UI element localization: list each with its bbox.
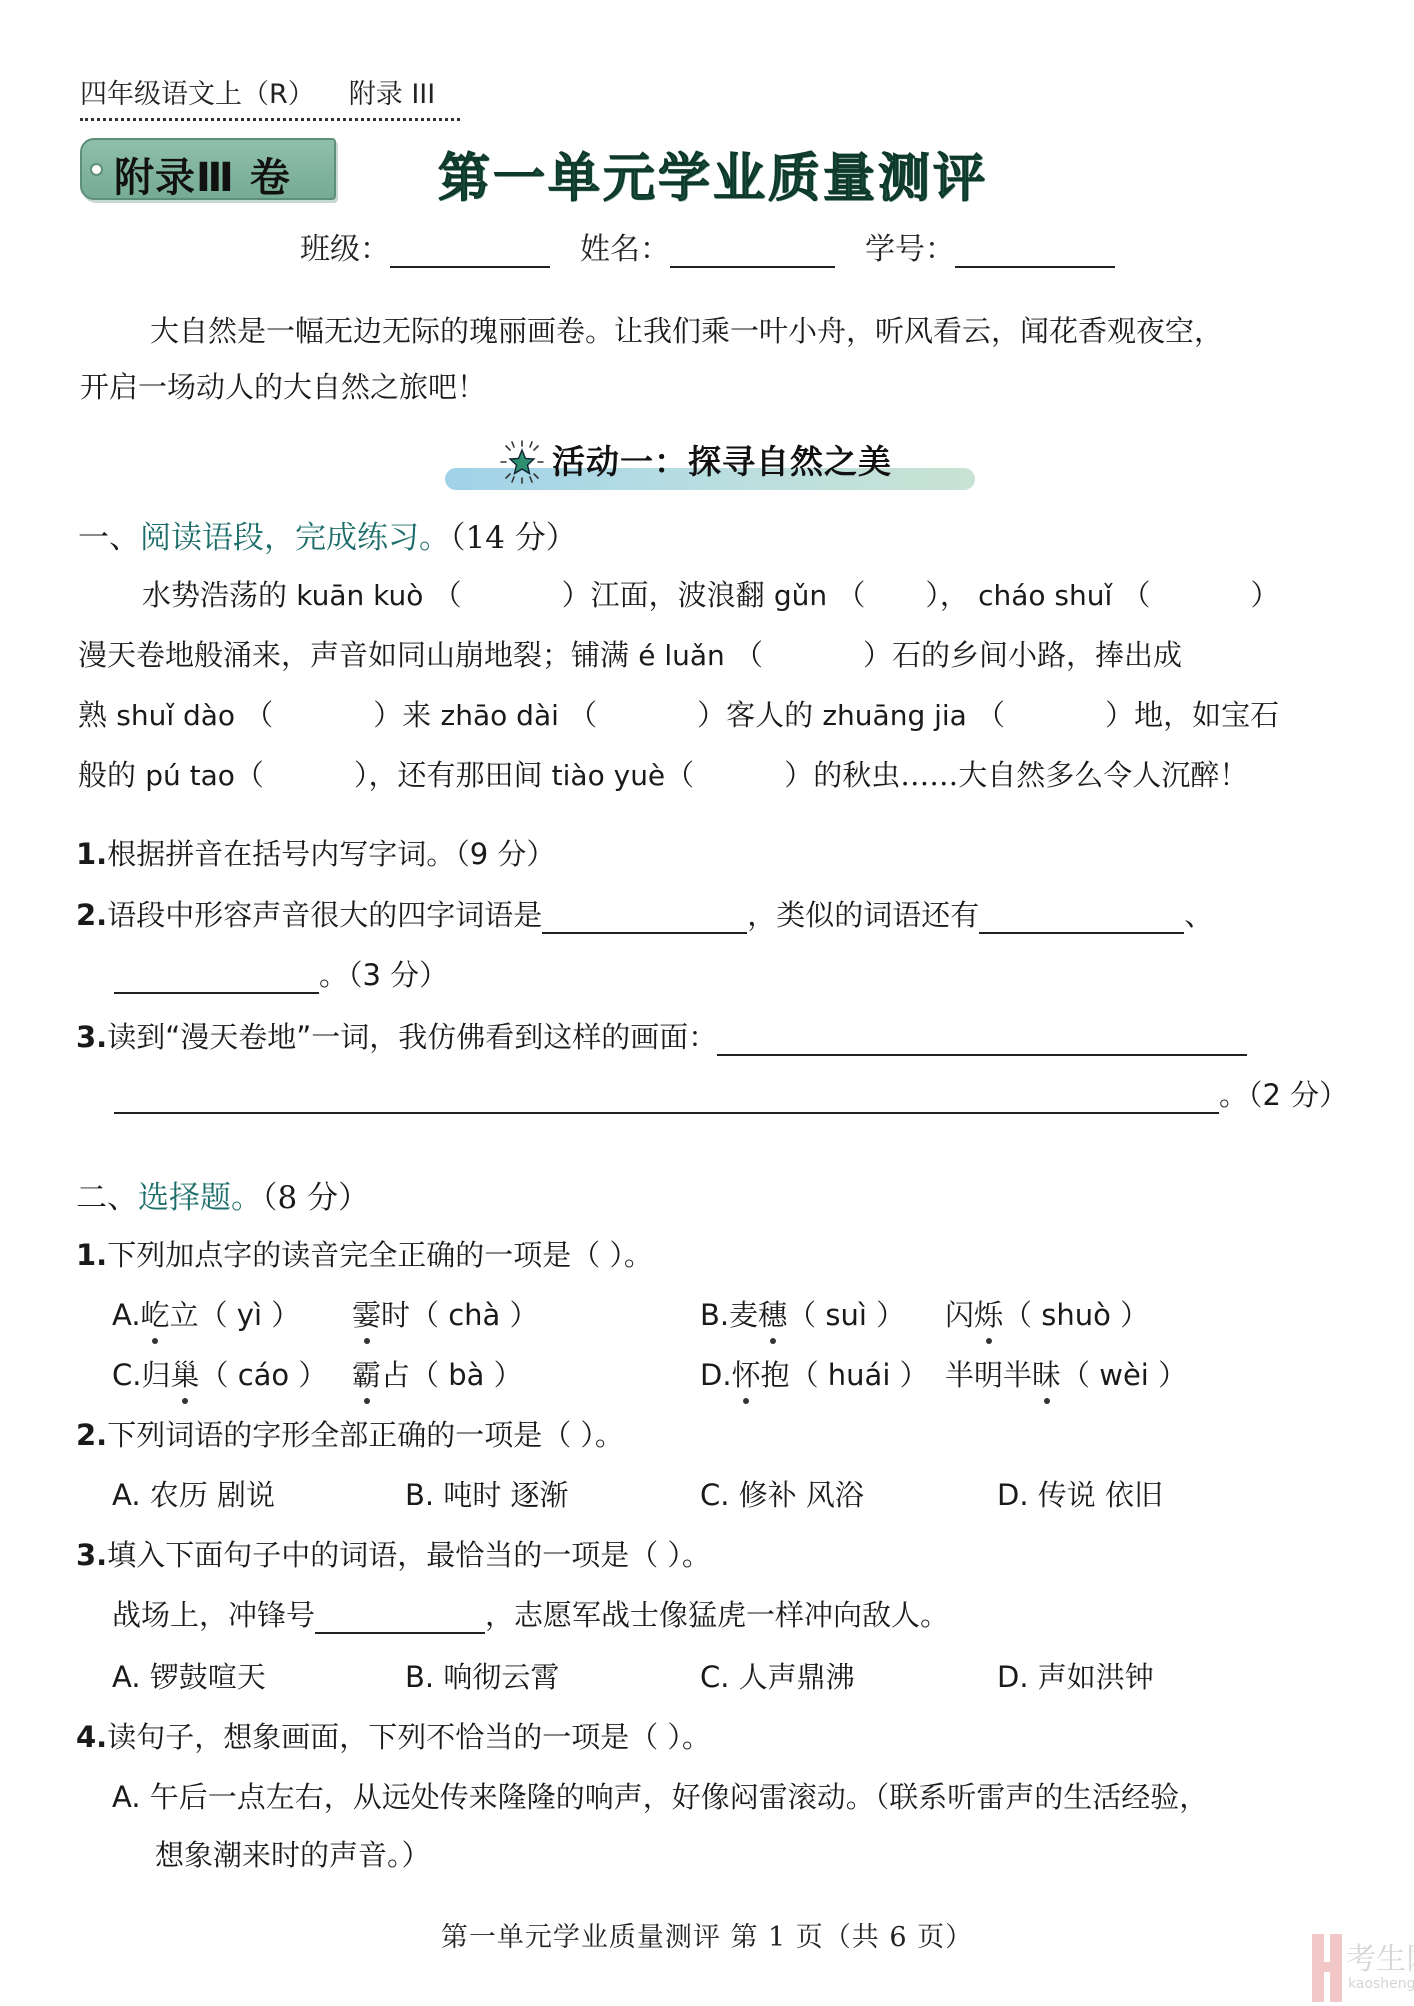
pinyin-putao: pú tao: [145, 759, 235, 792]
s2q2-option-c[interactable]: C. 修补 风浴: [700, 1473, 864, 1514]
pinyin-eluan: é luǎn: [638, 639, 725, 672]
pinyin-gun: gǔn: [774, 579, 827, 612]
section-2-heading: 二、选择题。（8 分）: [76, 1172, 369, 1217]
appendix-label: 附录 III: [349, 79, 435, 110]
section-2-question-2: 2.下列词语的字形全部正确的一项是（ ）。: [76, 1413, 624, 1454]
page-title: 第一单元学业质量测评: [438, 136, 988, 211]
answer-line-q3-a[interactable]: [717, 1026, 1247, 1056]
s2q1-option-c[interactable]: C.归巢（ cáo ）: [112, 1353, 327, 1394]
s2q3-option-c[interactable]: C. 人声鼎沸: [700, 1655, 855, 1696]
section-1-title: 阅读语段，完成练习。: [140, 520, 450, 556]
pinyin-zhuangjia: zhuāng jia: [822, 699, 966, 732]
intro-line-1: 大自然是一幅无边无际的瑰丽画卷。让我们乘一叶小舟，听风看云，闻花香观夜空，: [80, 304, 1350, 358]
s2q3-sentence: 战场上，冲锋号，志愿军战士像猛虎一样冲向敌人。: [112, 1593, 949, 1634]
answer-line-s2q3[interactable]: [315, 1604, 485, 1634]
section-2-prefix: 二、: [76, 1180, 138, 1216]
pinyin-chaoshui: cháo shuǐ: [978, 579, 1112, 612]
section-1-question-3: 3.读到“漫天卷地”一词，我仿佛看到这样的画面：: [76, 1015, 1247, 1056]
watermark-name: 考生网: [1346, 1934, 1414, 1978]
s2q4-option-a[interactable]: A. 午后一点左右，从远处传来隆隆的响声，好像闷雷滚动。（联系听雷声的生活经验，: [112, 1775, 1208, 1816]
page-footer: 第一单元学业质量测评 第 1 页（共 6 页）: [0, 1915, 1414, 1954]
watermark-url: kaosheng.com: [1348, 1976, 1414, 1992]
intro-line-2: 开启一场动人的大自然之旅吧！: [80, 360, 1350, 414]
s2q1-option-c-word2: 霸占（ bà ）: [352, 1353, 523, 1394]
student-id-input-line[interactable]: [955, 240, 1115, 268]
s2q2-option-b[interactable]: B. 吨时 逐渐: [405, 1473, 569, 1514]
student-id-label: 学号：: [865, 232, 955, 267]
star-icon: [500, 440, 544, 484]
section-1-score: （14 分）: [450, 520, 577, 556]
s2q1-option-d-word2: 半明半昧（ wèi ）: [945, 1353, 1187, 1394]
pinyin-shuidao: shuǐ dào: [116, 699, 235, 732]
s2q3-option-d[interactable]: D. 声如洪钟: [997, 1655, 1154, 1696]
section-2-question-1: 1.下列加点字的读音完全正确的一项是（ ）。: [76, 1233, 653, 1274]
section-1-question-3-cont: 。（2 分）: [114, 1073, 1348, 1114]
section-2-question-4: 4.读句子，想象画面，下列不恰当的一项是（ ）。: [76, 1715, 711, 1756]
class-label: 班级：: [300, 232, 390, 267]
s2q1-option-b[interactable]: B.麦穗（ suì ）: [700, 1293, 905, 1334]
passage-line-3: 熟 shuǐ dào （）来 zhāo dài （）客人的 zhuāng jia…: [78, 693, 1279, 734]
name-input-line[interactable]: [670, 240, 835, 268]
section-1-question-1: 1.根据拼音在括号内写字词。（9 分）: [76, 832, 555, 873]
section-2-score: （8 分）: [262, 1180, 369, 1216]
answer-line-q2-c[interactable]: [114, 964, 319, 994]
appendix-tag: 附录Ⅲ 卷: [80, 138, 336, 200]
answer-line-q2-a[interactable]: [542, 904, 747, 934]
passage-line-1: 水势浩荡的 kuān kuò （）江面，波浪翻 gǔn （）， cháo shu…: [142, 573, 1280, 614]
passage-line-2: 漫天卷地般涌来，声音如同山崩地裂；铺满 é luǎn （）石的乡间小路，捧出成: [78, 633, 1182, 674]
section-1-question-2-cont: 。（3 分）: [114, 953, 448, 994]
student-id-field[interactable]: 学号：: [865, 224, 1115, 268]
section-2-title: 选择题。: [138, 1180, 262, 1216]
section-1-prefix: 一、: [78, 520, 140, 556]
activity-title: 活动一：探寻自然之美: [552, 436, 892, 483]
class-field[interactable]: 班级：: [300, 224, 550, 268]
s2q3-option-a[interactable]: A. 锣鼓喧天: [112, 1655, 266, 1696]
answer-line-q2-b[interactable]: [979, 904, 1184, 934]
name-field[interactable]: 姓名：: [580, 224, 835, 268]
pinyin-tiaoyue: tiào yuè: [552, 759, 666, 792]
section-1-heading: 一、阅读语段，完成练习。（14 分）: [78, 512, 577, 557]
section-1-question-2: 2.语段中形容声音很大的四字词语是，类似的词语还有、: [76, 893, 1213, 934]
passage-line-4: 般的 pú tao（），还有那田间 tiào yuè（）的秋虫……大自然多么令人…: [78, 753, 1248, 794]
pinyin-zhaodai: zhāo dài: [441, 699, 559, 732]
s2q1-option-a-word2: 霎时（ chà ）: [352, 1293, 539, 1334]
s2q1-option-d[interactable]: D.怀抱（ huái ）: [700, 1353, 929, 1394]
tag-label: 附录Ⅲ 卷: [114, 146, 291, 203]
s2q1-option-b-word2: 闪烁（ shuò ）: [945, 1293, 1149, 1334]
s2q1-option-a[interactable]: A.屹立（ yì ）: [112, 1293, 300, 1334]
book-label: 四年级语文上（R）: [80, 79, 315, 110]
s2q4-option-a-cont: 想象潮来时的声音。）: [155, 1833, 431, 1874]
answer-line-q3-b[interactable]: [114, 1084, 1219, 1114]
s2q2-option-d[interactable]: D. 传说 依旧: [997, 1473, 1163, 1514]
section-2-question-3: 3.填入下面句子中的词语，最恰当的一项是（ ）。: [76, 1533, 711, 1574]
s2q3-option-b[interactable]: B. 响彻云霄: [405, 1655, 559, 1696]
class-input-line[interactable]: [390, 240, 550, 268]
pinyin-kuankuo: kuān kuò: [296, 579, 423, 612]
running-head: 四年级语文上（R）附录 III: [80, 72, 435, 111]
tag-hole-icon: [90, 163, 103, 176]
dotted-divider: [80, 118, 460, 121]
watermark: 考生网 kaosheng.com: [1312, 1930, 1414, 2006]
s2q2-option-a[interactable]: A. 农历 剧说: [112, 1473, 275, 1514]
watermark-logo-icon: [1312, 1934, 1346, 2002]
name-label: 姓名：: [580, 232, 670, 267]
